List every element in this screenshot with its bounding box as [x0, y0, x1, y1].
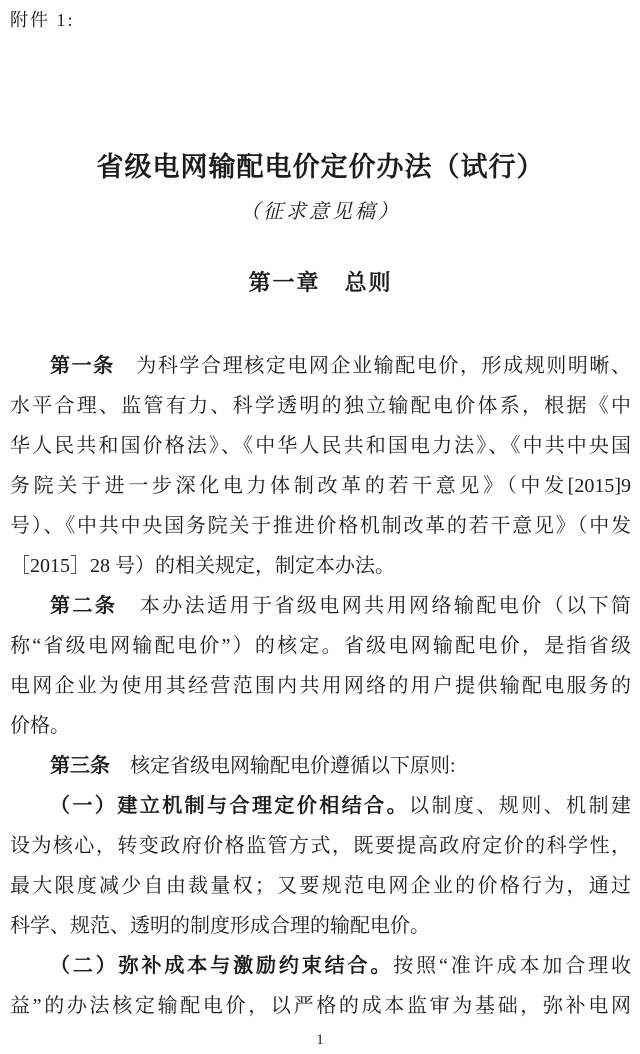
text-line: 益”的办法核定输配电价，以严格的成本监审为基础，弥补电网 [10, 986, 631, 1026]
text-line: 务院关于进一步深化电力体制改革的若干意见》（中发[2015]9 [10, 466, 631, 506]
paragraph: 第二条 本办法适用于省级电网共用网络输配电价（以下简称“省级电网输配电价”）的核… [10, 586, 631, 746]
document-page: 附件 1: 省级电网输配电价定价办法（试行） （征求意见稿） 第一章 总则 第一… [0, 0, 640, 1054]
text-line: 第三条 核定省级电网输配电价遵循以下原则: [10, 746, 631, 786]
text-line: 第二条 本办法适用于省级电网共用网络输配电价（以下简 [10, 586, 631, 626]
text-line: 电网企业为使用其经营范围内共用网络的用户提供输配电服务的 [10, 666, 631, 706]
document-title: 省级电网输配电价定价办法（试行） [10, 150, 631, 184]
text-line: （二）弥补成本与激励约束结合。按照“准许成本加合理收 [10, 946, 631, 986]
text-line: 号）、《中共中央国务院关于推进价格机制改革的若干意见》（中发 [10, 506, 631, 546]
article-lead: 第三条 [50, 755, 110, 777]
text-line: （一）建立机制与合理定价相结合。以制度、规则、机制建 [10, 786, 631, 826]
paragraph: 第三条 核定省级电网输配电价遵循以下原则: [10, 746, 631, 786]
text-line: 称“省级电网输配电价”）的核定。省级电网输配电价，是指省级 [10, 626, 631, 666]
attachment-label: 附件 1: [10, 8, 631, 32]
chapter-heading: 第一章 总则 [10, 268, 631, 298]
text-line: 价格。 [10, 706, 631, 746]
paragraph: （一）建立机制与合理定价相结合。以制度、规则、机制建设为核心，转变政府价格监管方… [10, 786, 631, 946]
document-subtitle: （征求意见稿） [10, 198, 631, 226]
page-number: 1 [0, 1030, 640, 1050]
article-lead: （一）建立机制与合理定价相结合。 [50, 795, 409, 817]
text-line: 水平合理、监管有力、科学透明的独立输配电价体系，根据《中 [10, 386, 631, 426]
article-lead: 第二条 [50, 595, 117, 617]
paragraph: 第一条 为科学合理核定电网企业输配电价，形成规则明晰、水平合理、监管有力、科学透… [10, 346, 631, 586]
paragraph: （二）弥补成本与激励约束结合。按照“准许成本加合理收益”的办法核定输配电价，以严… [10, 946, 631, 1026]
text-line: ［2015］28 号）的相关规定，制定本办法。 [10, 546, 631, 586]
article-lead: （二）弥补成本与激励约束结合。 [50, 955, 393, 977]
text-line: 设为核心，转变政府价格监管方式，既要提高政府定价的科学性， [10, 826, 631, 866]
text-line: 第一条 为科学合理核定电网企业输配电价，形成规则明晰、 [10, 346, 631, 386]
document-body: 第一条 为科学合理核定电网企业输配电价，形成规则明晰、水平合理、监管有力、科学透… [10, 346, 631, 1026]
text-line: 最大限度减少自由裁量权；又要规范电网企业的价格行为，通过 [10, 866, 631, 906]
article-lead: 第一条 [50, 355, 115, 377]
text-line: 华人民共和国价格法》、《中华人民共和国电力法》、《中共中央国 [10, 426, 631, 466]
text-line: 科学、规范、透明的制度形成合理的输配电价。 [10, 906, 631, 946]
